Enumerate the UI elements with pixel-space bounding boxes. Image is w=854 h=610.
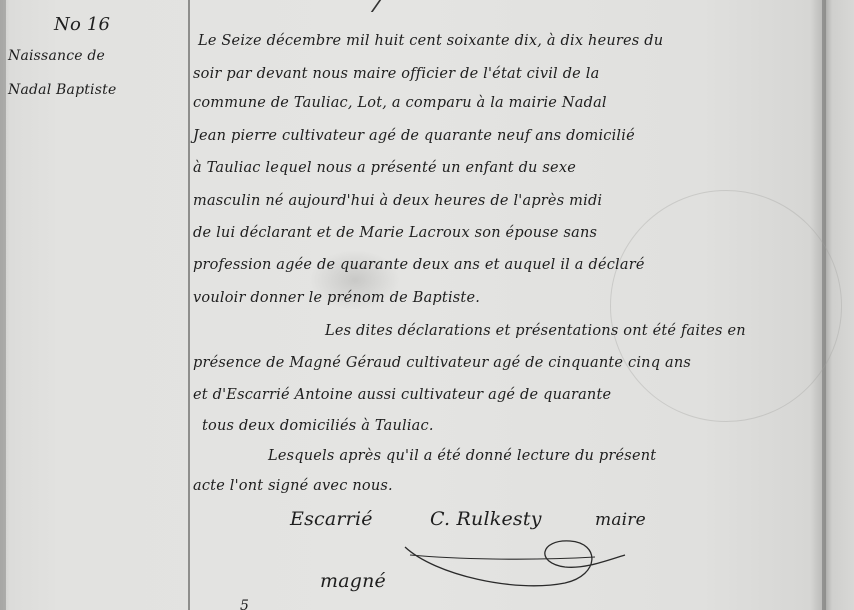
body-line-6: masculin né aujourd'hui à deux heures de… <box>193 193 602 209</box>
body-line-5: à Tauliac lequel nous a présenté un enfa… <box>193 160 576 176</box>
signature-flourish <box>395 535 635 595</box>
body-line-9: vouloir donner le prénom de Baptiste. <box>193 290 480 306</box>
body-line-2: soir par devant nous maire officier de l… <box>193 66 599 82</box>
next-entry-fragment: 5 <box>240 598 249 610</box>
entry-number: No 16 <box>54 14 110 35</box>
body-line-1: Le Seize décembre mil huit cent soixante… <box>198 33 663 49</box>
margin-title-line-2: Nadal Baptiste <box>8 82 116 98</box>
margin-rule-line <box>188 0 190 610</box>
body-line-13: tous deux domiciliés à Tauliac. <box>202 418 434 434</box>
mayor-title: maire <box>595 510 646 530</box>
ink-stroke-top <box>371 0 397 12</box>
signature-mayor: C. Rulkesty <box>430 508 542 530</box>
body-line-4: Jean pierre cultivateur agé de quarante … <box>193 128 635 144</box>
faint-stamp-circle <box>610 190 842 422</box>
page-left-edge <box>0 0 6 610</box>
body-line-7: de lui déclarant et de Marie Lacroux son… <box>193 225 597 241</box>
signature-witness-magne: magné <box>320 570 386 592</box>
signature-witness-escarrie: Escarrié <box>290 508 373 530</box>
register-page: No 16 Naissance de Nadal Baptiste Le Sei… <box>0 0 854 610</box>
body-line-10: Les dites déclarations et présentations … <box>325 323 746 339</box>
body-line-3: commune de Tauliac, Lot, a comparu à la … <box>193 95 607 111</box>
body-line-15: acte l'ont signé avec nous. <box>193 478 393 494</box>
body-line-12: et d'Escarrié Antoine aussi cultivateur … <box>193 387 611 403</box>
body-line-11: présence de Magné Géraud cultivateur agé… <box>193 355 691 371</box>
margin-title-line-1: Naissance de <box>8 48 105 64</box>
body-line-8: profession agée de quarante deux ans et … <box>193 257 645 273</box>
body-line-14: Lesquels après qu'il a été donné lecture… <box>268 448 656 464</box>
